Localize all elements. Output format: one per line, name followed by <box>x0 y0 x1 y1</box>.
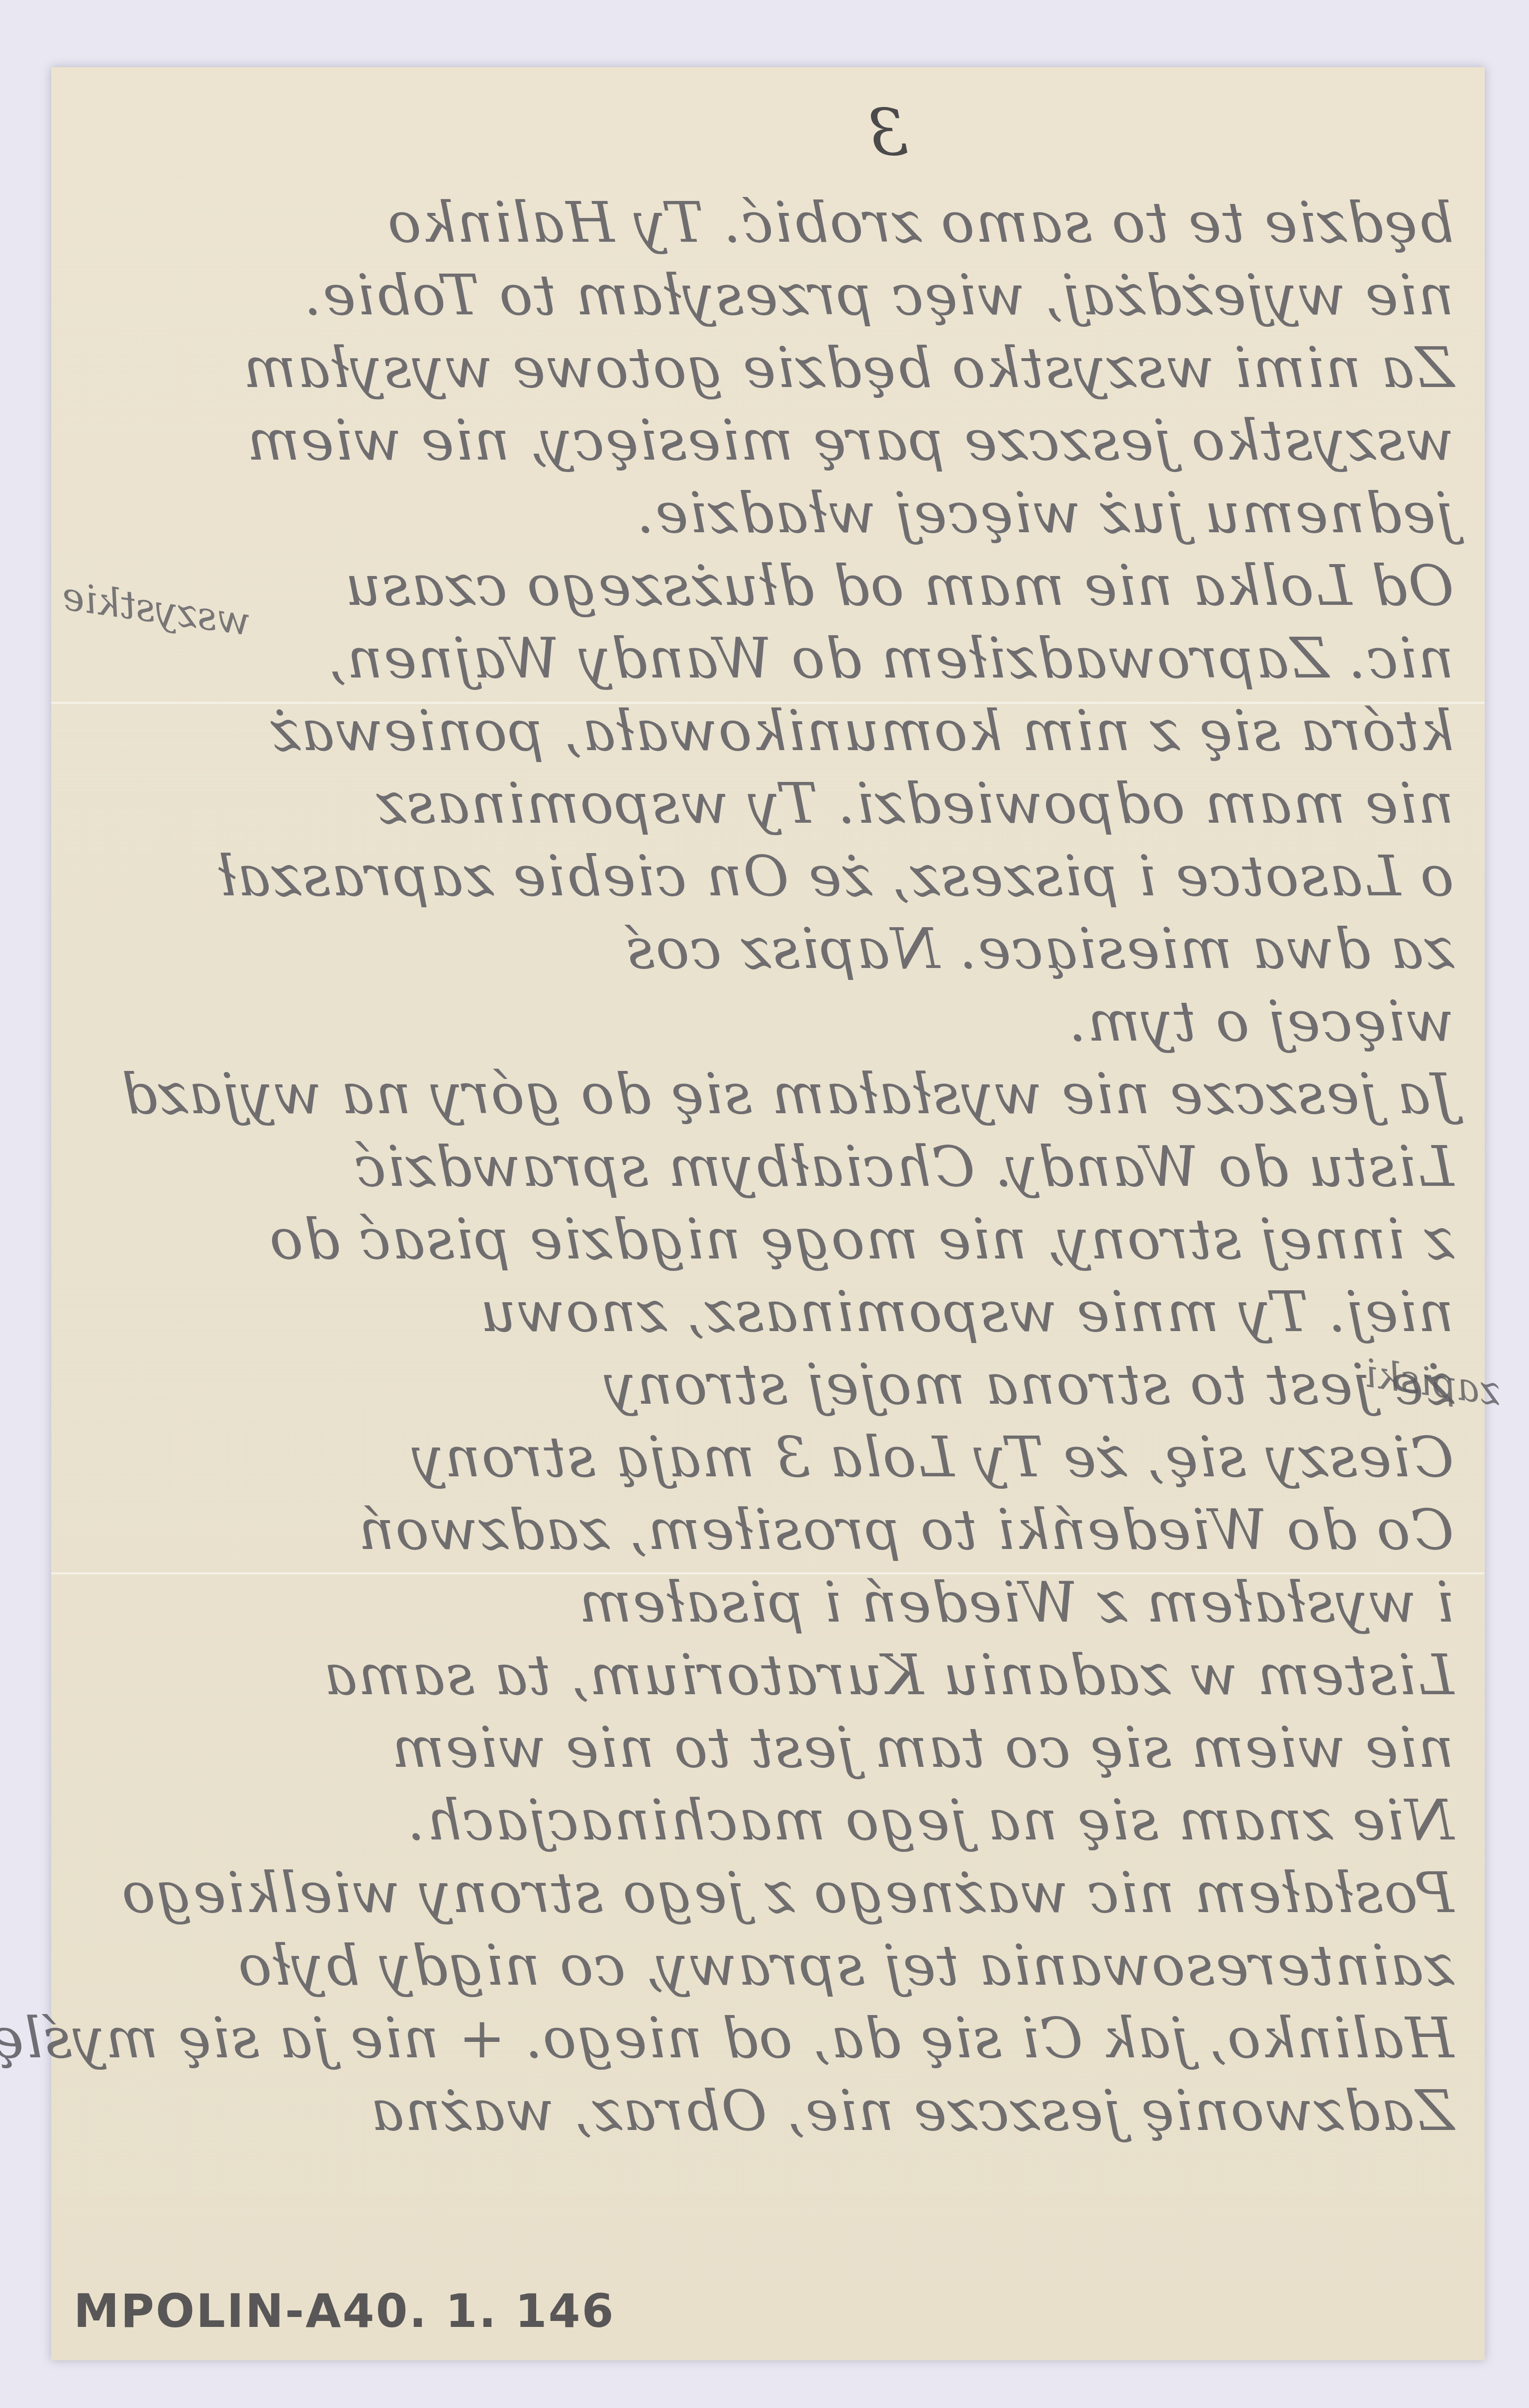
text-line: będzie te to samo zrobić. Ty Halinko <box>71 187 1454 259</box>
text-line: Co do Wiedeńki to prosiłem, zadzwoń <box>71 1494 1454 1566</box>
text-line: Ja jeszcze nie wysłałam się do góry na w… <box>71 1058 1454 1131</box>
text-line: niej. Ty mnie wspominasz, znowu <box>71 1276 1454 1348</box>
text-line: nic. Zaprowadziłem do Wandy Wajnen, <box>71 622 1454 695</box>
text-line: więcej o tym. <box>71 985 1454 1058</box>
text-line: Od Lolka nie mam od dłuższego czasu <box>71 550 1454 622</box>
text-line: za dwa miesiące. Napisz coś <box>71 913 1454 985</box>
text-line: Za nimi wszystko będzie gotowe wysyłam <box>71 332 1454 404</box>
handwritten-body: będzie te to samo zrobić. Ty Halinko nie… <box>71 187 1454 2147</box>
text-line: jednemu już więcej władzie. <box>71 477 1454 550</box>
text-line: nie wyjeżdżaj, więc przesyłam to Tobie. <box>71 259 1454 332</box>
text-line: wszystko jeszcze parę miesięcy, nie wiem <box>71 404 1454 477</box>
text-line: zainteresowania tej sprawy, co nigdy był… <box>71 1929 1454 2002</box>
text-line: Cieszy się, że Ty Lola 3 mają strony <box>71 1421 1454 1494</box>
letter-page: 3 będzie te to samo zrobić. Ty Halinko n… <box>51 67 1485 2360</box>
text-line: Halinko, jak Ci się da, od niego. + nie … <box>71 2002 1454 2075</box>
catalog-number: MPOLIN-A40. 1. 146 <box>74 2285 615 2338</box>
text-line: nie wiem się co tam jest to nie wiem <box>71 1712 1454 1784</box>
text-line: Nie znam się na jego machinacjach. <box>71 1784 1454 1857</box>
text-line: o Lasotce i piszesz, że On ciebie zapras… <box>71 840 1454 913</box>
text-line: że jest to strona mojej strony <box>71 1348 1454 1421</box>
text-line: Posłałem nic ważnego z jego strony wielk… <box>71 1857 1454 1929</box>
text-line: Zadzwonię jeszcze nie, Obraz, ważna <box>71 2075 1454 2147</box>
page-number: 3 <box>867 95 908 170</box>
text-line: i wysłałem z Wiedeń i pisałem <box>71 1566 1454 1639</box>
text-line: Listem w zadaniu Kuratorium, ta sama <box>71 1639 1454 1712</box>
text-line: Listu do Wandy. Chciałbym sprawdzić <box>71 1131 1454 1203</box>
text-line: która się z nim komunikowała, ponieważ <box>71 695 1454 768</box>
text-line: z innej strony, nie mogę nigdzie pisać d… <box>71 1203 1454 1276</box>
text-line: nie mam odpowiedzi. Ty wspominasz <box>71 768 1454 840</box>
